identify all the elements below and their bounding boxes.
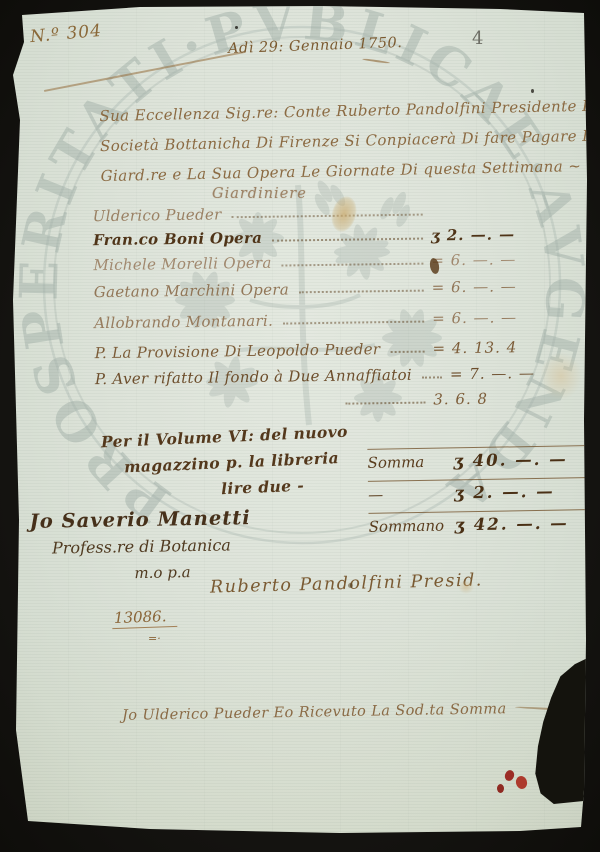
amount: 3. 6. 8: [433, 389, 551, 409]
dotted-leader: [232, 214, 423, 219]
entry-row: Allobrando Montanari. = 6. —. —: [94, 308, 550, 332]
dotted-leader: [422, 376, 442, 378]
entry-row: Michele Morelli Opera = 6. —. —: [93, 250, 549, 274]
totals-block: Somma ʒ 40. —. — — ʒ 2. —. — Sommano ʒ 4…: [367, 436, 587, 536]
pencil-page-number: 4: [472, 28, 483, 49]
ink-speck: [348, 583, 353, 588]
amount: [431, 219, 549, 221]
total-value: ʒ 2. —. —: [454, 482, 555, 503]
entry-row: P. La Provisione Di Leopoldo Pueder = 4.…: [94, 338, 550, 362]
order-text: Sua Eccellenza Sig.re: Conte Ruberto Pan…: [99, 91, 585, 191]
amount: = 6. —. —: [431, 250, 549, 270]
payee-name: Gaetano Marchini Opera: [94, 280, 290, 301]
registry-number: 13086.: [112, 607, 177, 629]
total-label: Somma: [367, 452, 453, 471]
total-value: ʒ 40. —. —: [453, 449, 567, 470]
payment-entries: Ulderico Pueder Fran.co Boni Opera ʒ 2. …: [93, 201, 552, 413]
total-label: Sommano: [369, 516, 455, 535]
amount: = 7. —. —: [450, 364, 551, 383]
dotted-leader: [390, 351, 424, 353]
payee-name: Allobrando Montanari.: [94, 312, 273, 332]
total-row: — ʒ 2. —. —: [368, 477, 586, 504]
payee-name: P. La Provisione Di Leopoldo Pueder: [94, 340, 380, 362]
dotted-leader: [345, 402, 425, 405]
total-value: ʒ 42. —. —: [455, 513, 569, 534]
amount: = 6. —. —: [432, 308, 550, 328]
red-wax-remnant: [497, 784, 504, 793]
manetti-signature-block: Jo Saverio Manetti Profess.re di Botanic…: [29, 504, 252, 589]
payee-name: Ulderico Pueder: [93, 205, 222, 225]
gardener-subheading: Giardiniere: [212, 186, 307, 202]
ink-speck: [235, 26, 238, 29]
dotted-leader: [283, 321, 424, 325]
dotted-leader: [282, 263, 424, 267]
amount: = 4. 13. 4: [432, 338, 550, 358]
payee-name: Fran.co Boni Opera: [93, 229, 262, 249]
manuscript-paper: PROSPERITATI·PVBLICAE·AVGENDAE: [0, 0, 600, 852]
entry-row: Gaetano Marchini Opera = 6. —. —: [94, 277, 550, 301]
payee-name: P. Aver rifatto Il fondo à Due Annaffiat…: [95, 366, 412, 388]
signature-title: Profess.re di Botanica: [52, 531, 252, 561]
amount: = 6. —. —: [432, 277, 550, 297]
entry-row: P. Aver rifatto Il fondo à Due Annaffiat…: [95, 364, 551, 388]
registry-mark: =·: [148, 632, 161, 645]
amount: ʒ 2. —. —: [431, 225, 549, 245]
ink-speck: [531, 89, 534, 93]
total-row: Sommano ʒ 42. —. —: [368, 509, 586, 536]
payee-name: Michele Morelli Opera: [93, 254, 272, 274]
total-label: —: [368, 484, 454, 503]
dotted-leader: [299, 290, 424, 294]
volume-note: Per il Volume VI: del nuovo magazzino p.…: [100, 419, 350, 508]
signature-name: Jo Saverio Manetti: [29, 504, 251, 535]
total-row: Somma ʒ 40. —. —: [367, 445, 585, 472]
entry-row: Fran.co Boni Opera ʒ 2. —. —: [93, 225, 549, 249]
dotted-leader: [272, 238, 423, 242]
